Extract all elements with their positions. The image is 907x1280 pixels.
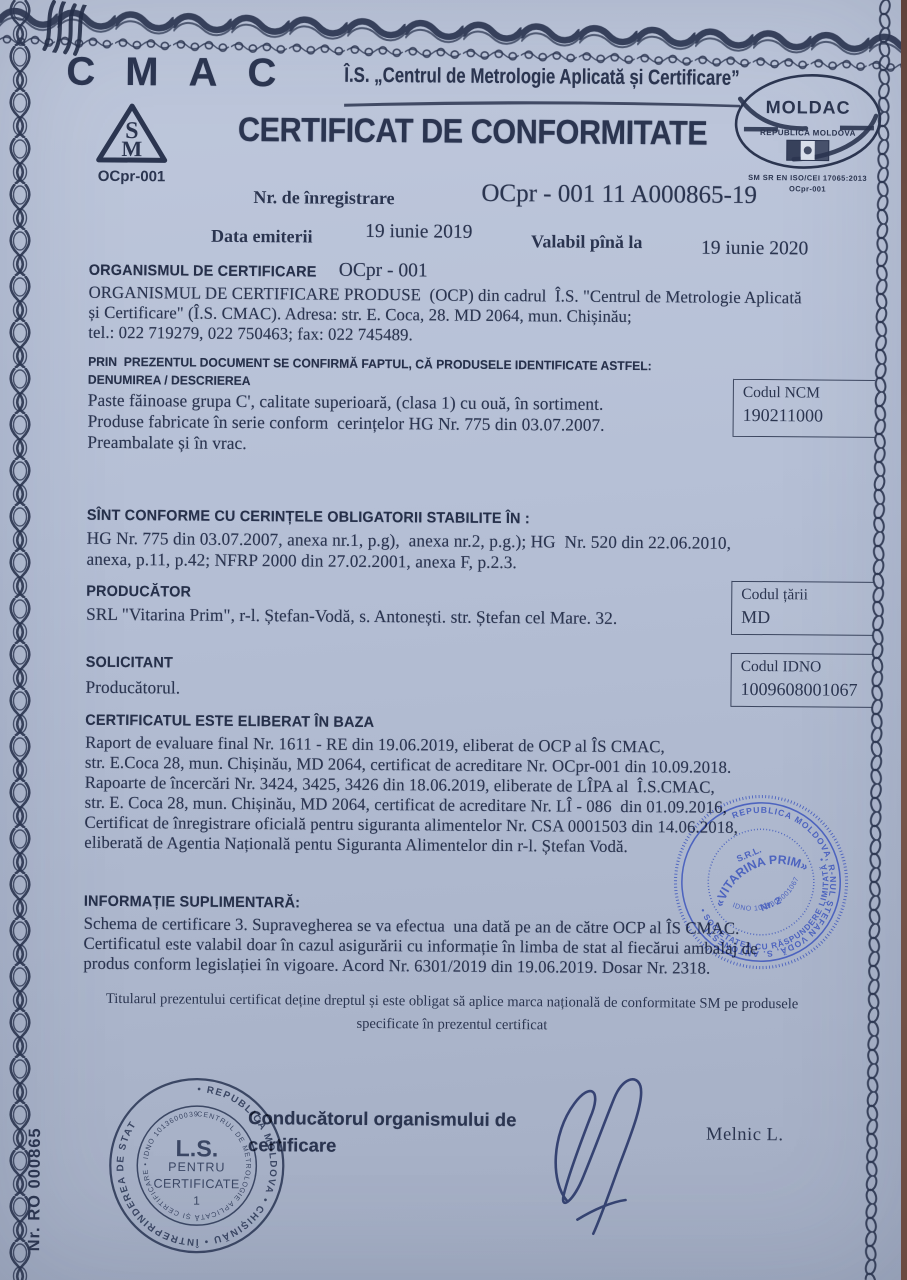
- ls-stamp-certificate: CERTIFICATE: [153, 1177, 239, 1192]
- header-underline: [342, 99, 742, 112]
- conformity-text: HG Nr. 775 din 03.07.2007, anexa nr.1, p…: [86, 528, 741, 575]
- idno-box-value: 1009608001067: [740, 679, 872, 701]
- denomination-label: DENUMIREA / DESCRIEREA: [88, 373, 251, 388]
- producer-label: PRODUCĂTOR: [86, 583, 191, 601]
- valid-until-label: Valabil pînă la: [531, 231, 643, 253]
- conformity-heading: SÎNT CONFORME CU CERINȚELE OBLIGATORII S…: [87, 507, 530, 527]
- issue-date-value: 19 iunie 2019: [365, 221, 472, 244]
- serial-number: Nr. RO 000865: [25, 1081, 45, 1251]
- sm-mark-code: OCpr-001: [85, 168, 177, 186]
- additional-info-text: Schema de certificare 3. Supravegherea s…: [83, 914, 768, 979]
- certificate-title: CERTIFICAT DE CONFORMITATE: [238, 111, 708, 154]
- country-box-label: Codul țării: [741, 586, 873, 605]
- valid-until-value: 19 iunie 2020: [701, 238, 808, 261]
- product-line: Preambalate și în vrac.: [87, 432, 604, 457]
- ls-stamp-ls: L.S.: [176, 1135, 219, 1161]
- country-box: Codul țării MD: [731, 581, 873, 636]
- signature: [533, 1069, 664, 1240]
- ls-stamp-pentru: PENTRU: [168, 1160, 225, 1174]
- registration-number-value: OCpr - 001 11 A000865-19: [481, 180, 757, 210]
- certification-body-label: ORGANISMUL DE CERTIFICARE: [89, 262, 317, 281]
- moldova-flag-icon: [787, 140, 829, 160]
- confirmation-statement: PRIN PREZENTUL DOCUMENT SE CONFIRMĂ FAPT…: [88, 355, 652, 373]
- ncm-box-value: 190211000: [743, 405, 875, 427]
- moldac-country: REPUBLICA MOLDOVA: [760, 128, 856, 138]
- ncm-box: Codul NCM 190211000: [733, 379, 875, 438]
- issue-date-label: Data emiterii: [211, 226, 313, 248]
- country-box-value: MD: [741, 607, 873, 629]
- info-line: produs conform legislației în vigoare. A…: [83, 954, 757, 979]
- ls-stamp-one: 1: [193, 1194, 200, 1208]
- certification-body-line: tel.: 022 719279, 022 750463; fax: 022 7…: [88, 323, 801, 349]
- org-name: Î.S. „Centrul de Metrologie Aplicată și …: [344, 64, 739, 91]
- idno-box-label: Codul IDNO: [741, 658, 873, 677]
- certification-body-text: ORGANISMUL DE CERTIFICARE PRODUSE (OCP) …: [88, 283, 812, 349]
- product-description: Paste făinoase grupa C', calitate superi…: [87, 390, 612, 457]
- additional-info-label: INFORMAȚIE SUPLIMENTARĂ:: [84, 893, 300, 912]
- basis-line: eliberată de Agentia Națională pentu Sig…: [84, 833, 738, 858]
- moldac-name: MOLDAC: [766, 97, 851, 118]
- basis-label: CERTIFICATUL ESTE ELIBERAT ÎN BAZA: [85, 712, 374, 731]
- conformity-line: anexa, p.11, p.42; NFRP 2000 din 27.02.2…: [86, 549, 731, 575]
- idno-box: Codul IDNO 1009608001067: [730, 653, 872, 708]
- sm-mark-m: M: [121, 136, 142, 161]
- ls-stamp-icon: • REPUBLICA MOLDOVA • CHIȘINĂU • ÎNTREPR…: [103, 1072, 290, 1259]
- signer-name: Melnic L.: [706, 1125, 784, 1147]
- registration-number-label: Nr. de înregistrare: [253, 187, 394, 209]
- applicant-value: Producătorul.: [85, 677, 180, 699]
- moldac-logo: MOLDAC REPUBLICA MOLDOVA: [728, 71, 889, 172]
- certification-body-value: OCpr - 001: [339, 260, 428, 283]
- producer-value: SRL "Vitarina Prim", r-l. Ștefan-Vodă, s…: [86, 604, 617, 629]
- applicant-label: SOLICITANT: [86, 654, 173, 672]
- certificate-page: CMAC Î.S. „Centrul de Metrologie Aplicat…: [0, 0, 907, 1280]
- ncm-box-label: Codul NCM: [743, 384, 875, 403]
- cmac-wordmark: CMAC: [66, 50, 306, 97]
- sm-mark-icon: S M: [92, 99, 173, 168]
